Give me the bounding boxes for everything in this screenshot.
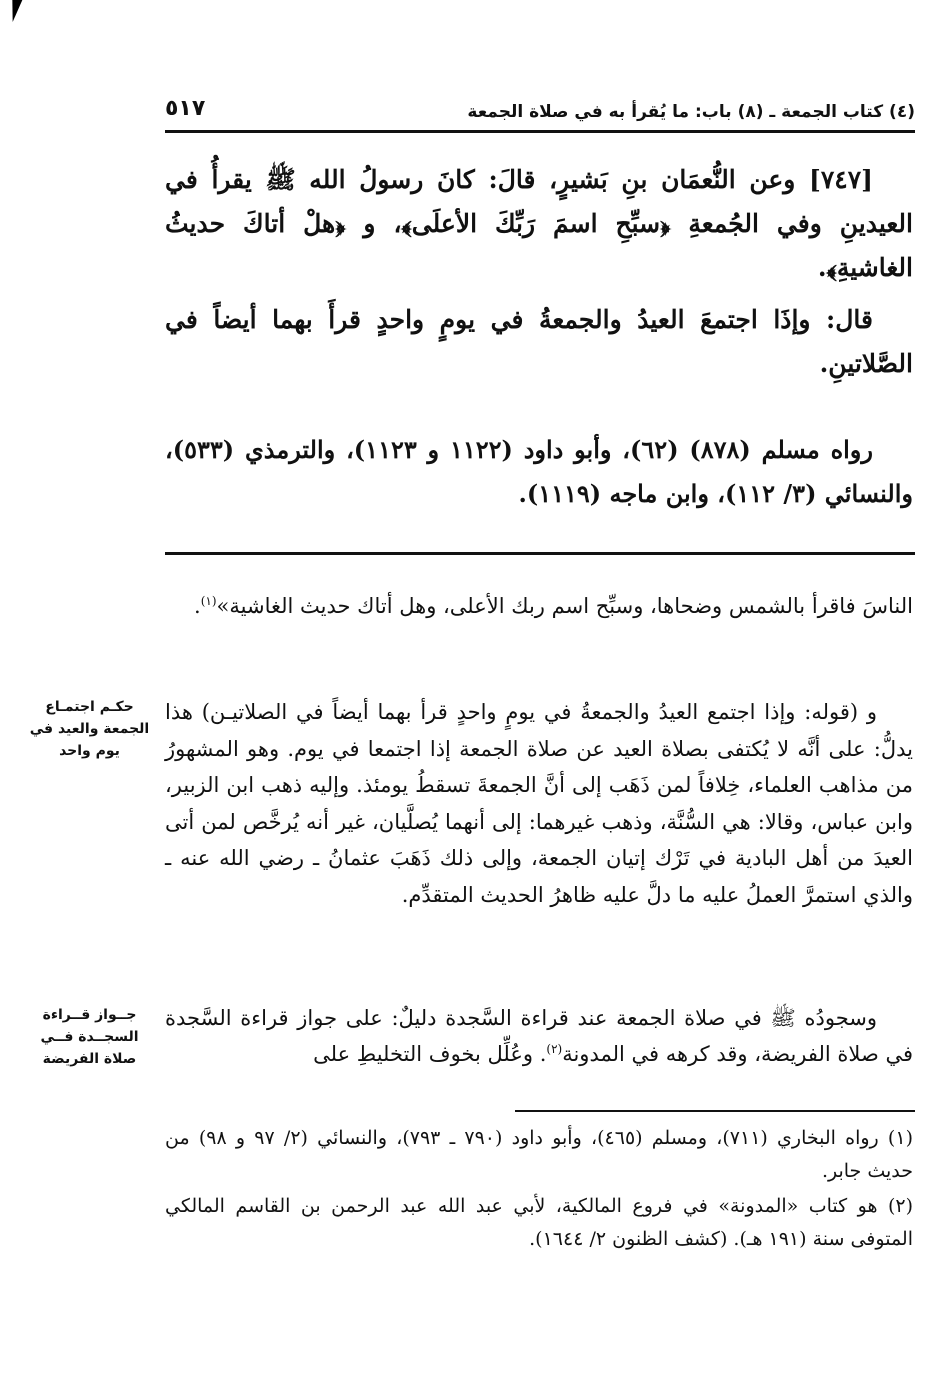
running-header-title: (٤) كتاب الجمعة ـ (٨) باب: ما يُقرأ به ف…	[467, 102, 915, 122]
running-header: (٤) كتاب الجمعة ـ (٨) باب: ما يُقرأ به ف…	[165, 96, 915, 130]
hadith-paragraph-1: [٧٤٧] وعن النُّعمَان بنِ بَشيرٍ، قالَ: ك…	[165, 158, 913, 290]
text-separator-rule	[165, 552, 915, 555]
commentary-paragraph-2: و (قوله: وإذا اجتمع العيدُ والجمعةُ في ي…	[165, 694, 913, 913]
footnote-1: (١) رواه البخاري (٧١١)، ومسلم (٤٦٥)، وأب…	[165, 1122, 913, 1188]
footnote-rule	[515, 1110, 915, 1112]
source-text: رواه مسلم (٨٧٨) (٦٢)، وأبو داود (١١٢٢ و …	[165, 428, 913, 516]
commentary-paragraph-1: الناسَ فاقرأ بالشمس وضحاها، وسبِّح اسم ر…	[165, 588, 913, 624]
commentary-para-2: و (قوله: وإذا اجتمع العيدُ والجمعةُ في ي…	[165, 694, 913, 913]
hadith-body: وعن النُّعمَان بنِ بَشيرٍ، قالَ: كانَ رس…	[165, 165, 913, 282]
header-rule	[165, 130, 915, 133]
commentary-end: . وعُلِّل بخوف التخليطِ على	[313, 1042, 546, 1066]
footnote-2: (٢) هو كتاب «المدونة» في فروع المالكية، …	[165, 1190, 913, 1256]
footnotes: (١) رواه البخاري (٧١١)، ومسلم (٤٦٥)، وأب…	[165, 1122, 913, 1258]
footnote-ref-1[interactable]: (١)	[201, 594, 217, 608]
side-note-friday-eid: حكـم اجتمـاع الجمعة والعيد في يوم واحد	[22, 696, 157, 762]
commentary-paragraph-3: وسجودُه ﷺ في صلاة الجمعة عند قراءة السَّ…	[165, 1000, 913, 1072]
hadith-text: [٧٤٧] وعن النُّعمَان بنِ بَشيرٍ، قالَ: ك…	[165, 158, 913, 394]
commentary-text: الناسَ فاقرأ بالشمس وضحاها، وسبِّح اسم ر…	[217, 594, 913, 618]
page-number: ٥١٧	[165, 96, 205, 121]
hadith-number: [٧٤٧]	[809, 165, 873, 194]
hadith-source: رواه مسلم (٨٧٨) (٦٢)، وأبو داود (١١٢٢ و …	[165, 428, 913, 516]
commentary-end: .	[194, 594, 201, 618]
hadith-paragraph-2: قال: وإذَا اجتمعَ العيدُ والجمعةُ في يوم…	[165, 298, 913, 386]
commentary-para-3: وسجودُه ﷺ في صلاة الجمعة عند قراءة السَّ…	[165, 1000, 913, 1072]
side-note-sajda-recitation: جــواز قــراءة السجــدة فــي صلاة الفريض…	[22, 1004, 157, 1070]
page-corner-mark	[8, 0, 23, 22]
commentary-para-1: الناسَ فاقرأ بالشمس وضحاها، وسبِّح اسم ر…	[165, 588, 913, 636]
footnote-ref-2[interactable]: (٢)	[546, 1042, 562, 1056]
